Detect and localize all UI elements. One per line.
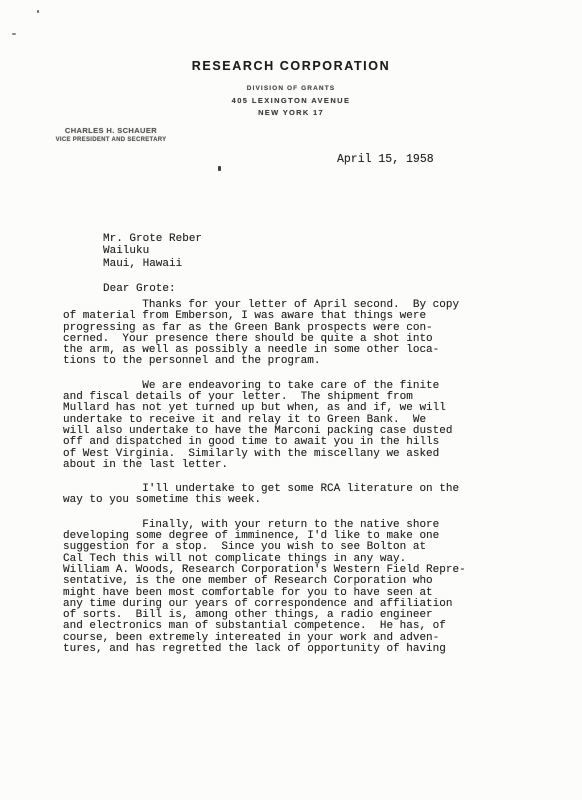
officer-title: VICE PRESIDENT AND SECRETARY: [36, 137, 186, 143]
letterhead-address: 405 LEXINGTON AVENUE: [0, 96, 582, 105]
org-name: RESEARCH CORPORATION: [0, 59, 582, 73]
letterhead-city: NEW YORK 17: [0, 108, 582, 117]
officer-block: CHARLES H. SCHAUER VICE PRESIDENT AND SE…: [36, 126, 186, 143]
scan-speck: [12, 33, 16, 35]
body-paragraph-3: I'll undertake to get some RCA literatur…: [63, 484, 503, 507]
body-paragraph-4: Finally, with your return to the native …: [63, 520, 503, 656]
scan-speck: [218, 166, 221, 171]
recipient-address: Mr. Grote Reber Wailuku Maui, Hawaii: [103, 233, 202, 270]
letter-page: RESEARCH CORPORATION DIVISION OF GRANTS …: [0, 0, 582, 800]
body-paragraph-2: We are endeavoring to take care of the f…: [63, 381, 503, 471]
body-paragraph-1: Thanks for your letter of April second. …: [63, 300, 503, 368]
date-line: April 15, 1958: [337, 154, 434, 165]
letter-body: Thanks for your letter of April second. …: [63, 300, 503, 668]
letterhead-division: DIVISION OF GRANTS: [0, 85, 582, 92]
salutation: Dear Grote:: [103, 284, 176, 295]
officer-name: CHARLES H. SCHAUER: [36, 126, 186, 135]
scan-speck: [37, 10, 39, 13]
